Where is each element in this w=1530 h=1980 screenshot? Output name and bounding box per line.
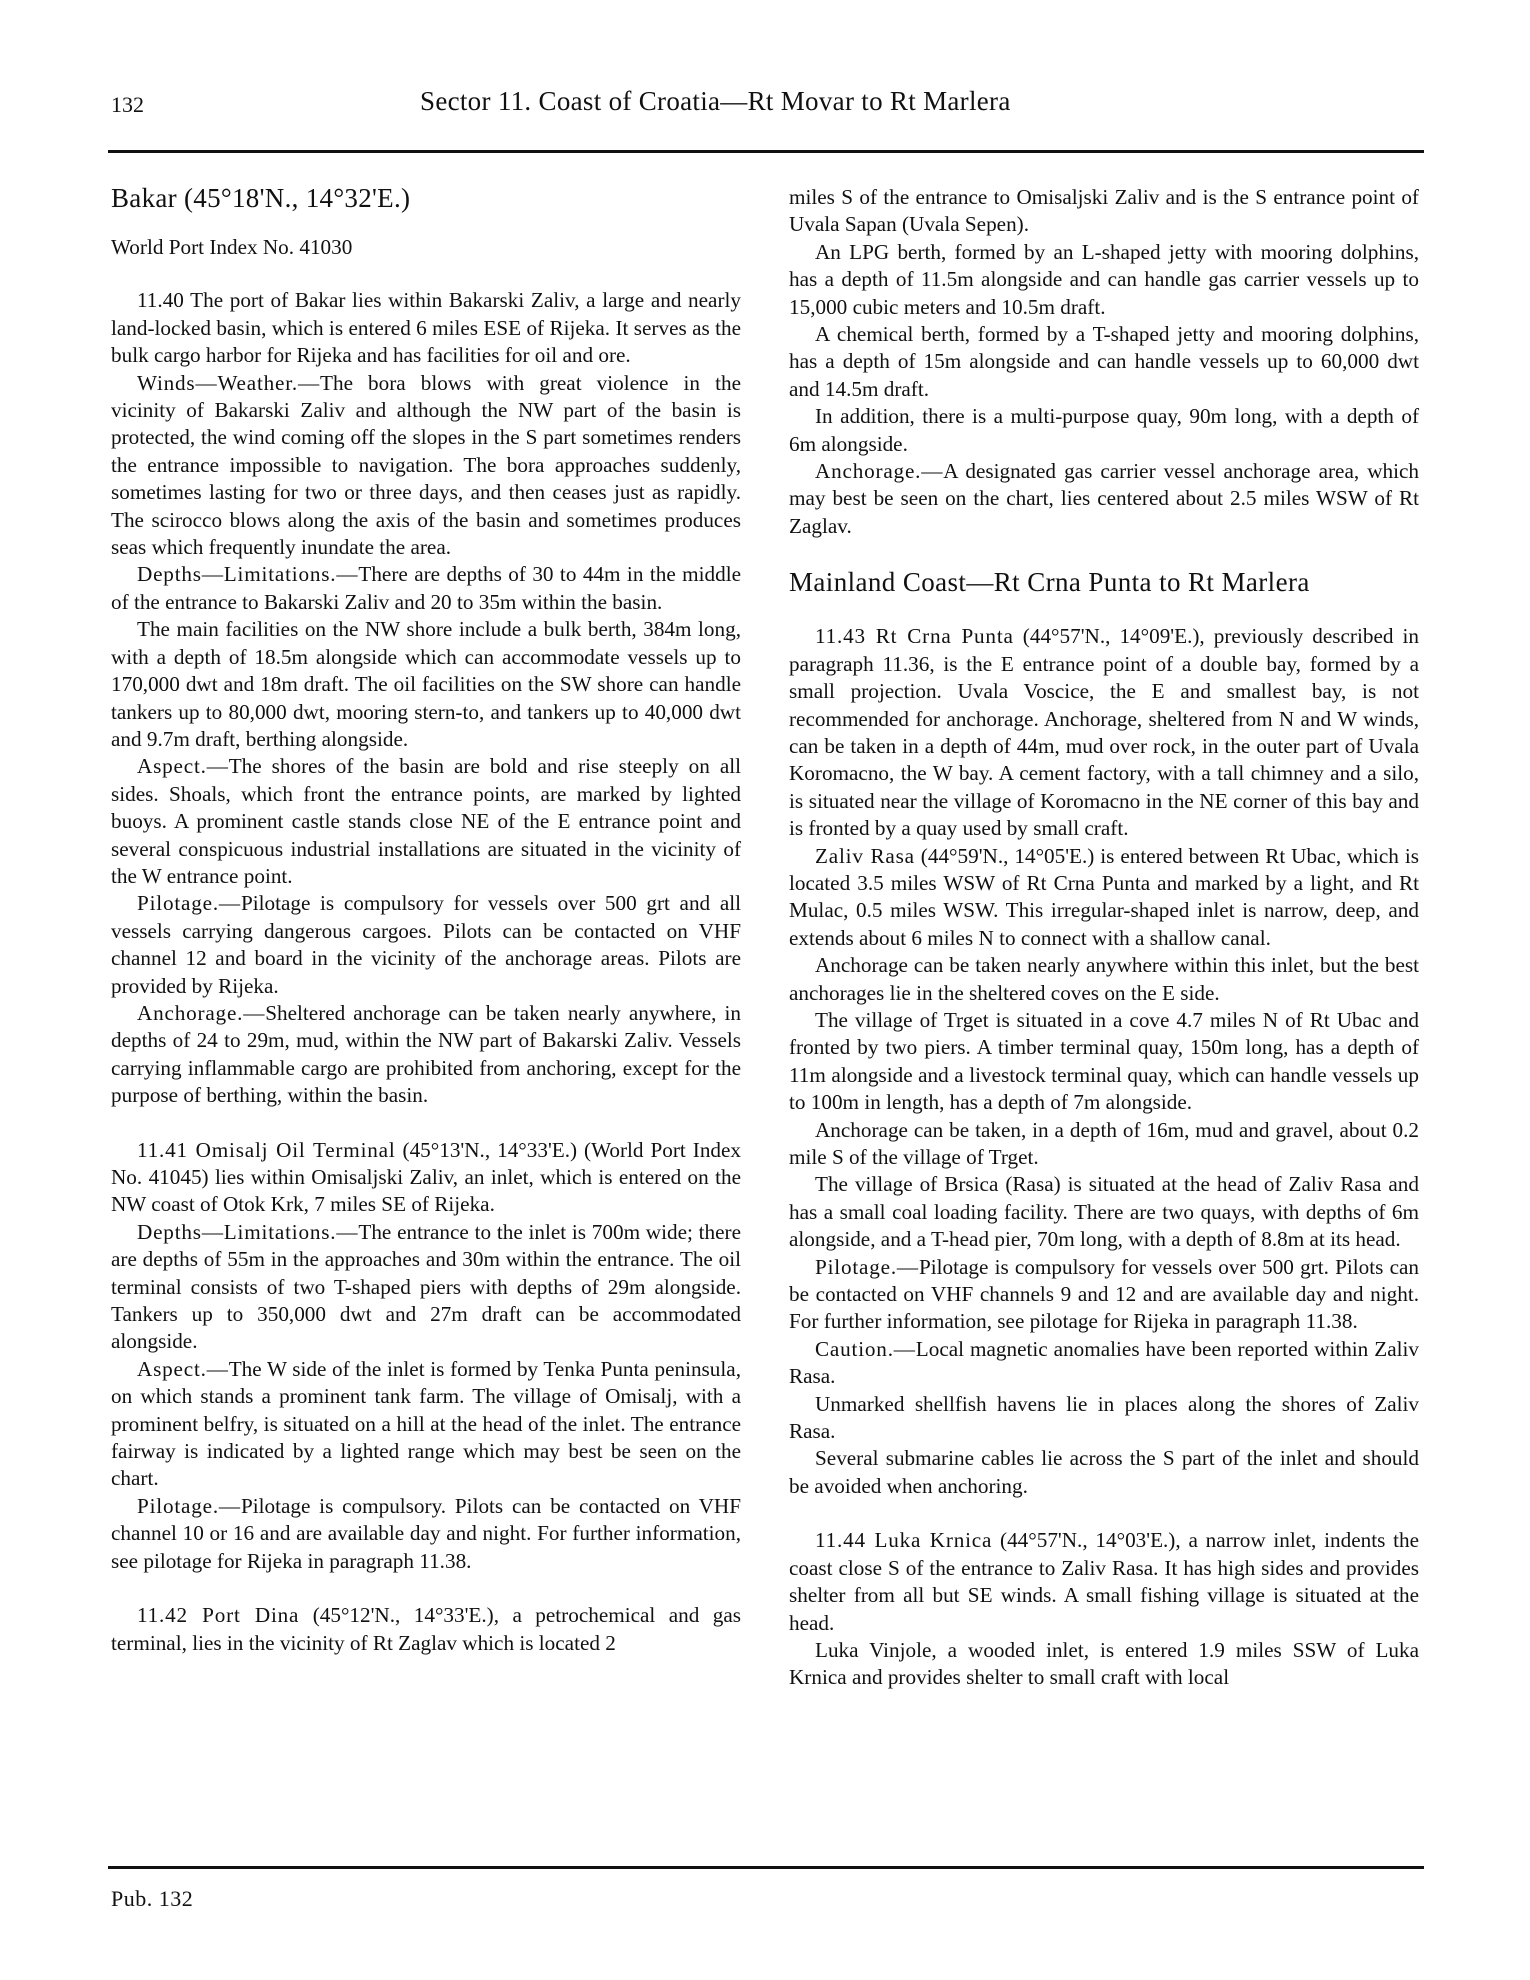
subheading: Pilotage.—	[137, 1494, 241, 1518]
paragraph-pilotage-omisalj: Pilotage.—Pilotage is compulsory. Pilots…	[111, 1493, 741, 1575]
paragraph-pilotage-rasa: Pilotage.—Pilotage is compulsory for ves…	[789, 1254, 1419, 1336]
subheading: Zaliv Rasa	[815, 844, 915, 868]
paragraph-11-41: 11.41 Omisalj Oil Terminal (45°13'N., 14…	[111, 1137, 741, 1219]
paragraph-aspect-omisalj: Aspect.—The W side of the inlet is forme…	[111, 1356, 741, 1493]
paragraph-caution: Caution.—Local magnetic anomalies have b…	[789, 1336, 1419, 1391]
paragraph-number: 11.44 Luka Krnica	[815, 1528, 992, 1552]
publication-footer: Pub. 132	[111, 1886, 193, 1912]
paragraph-number: 11.42 Port Dina	[137, 1603, 299, 1627]
paragraph-multipurpose-quay: In addition, there is a multi-purpose qu…	[789, 403, 1419, 458]
paragraph-continuation: miles S of the entrance to Omisaljski Za…	[789, 184, 1419, 239]
paragraph-pilotage: Pilotage.—Pilotage is compulsory for ves…	[111, 890, 741, 1000]
paragraph-11-43: 11.43 Rt Crna Punta (44°57'N., 14°09'E.)…	[789, 623, 1419, 842]
paragraph-number: 11.43 Rt Crna Punta	[815, 624, 1014, 648]
paragraph-number: 11.40	[137, 288, 184, 312]
paragraph-submarine-cables: Several submarine cables lie across the …	[789, 1445, 1419, 1500]
paragraph-brsica: The village of Brsica (Rasa) is situated…	[789, 1171, 1419, 1253]
subheading: Pilotage.—	[815, 1255, 919, 1279]
paragraph-anchorage-dina: Anchorage.—A designated gas carrier vess…	[789, 458, 1419, 540]
left-column: Bakar (45°18'N., 14°32'E.) World Port In…	[111, 182, 741, 1657]
paragraph-aspect: Aspect.—The shores of the basin are bold…	[111, 753, 741, 890]
paragraph-trget: The village of Trget is situated in a co…	[789, 1007, 1419, 1117]
paragraph-11-44: 11.44 Luka Krnica (44°57'N., 14°03'E.), …	[789, 1527, 1419, 1637]
right-column: miles S of the entrance to Omisaljski Za…	[789, 184, 1419, 1692]
paragraph-11-42: 11.42 Port Dina (45°12'N., 14°33'E.), a …	[111, 1602, 741, 1657]
subheading: Winds—Weather.—	[137, 371, 320, 395]
paragraph-chemical-berth: A chemical berth, formed by a T-shaped j…	[789, 321, 1419, 403]
port-heading: Bakar (45°18'N., 14°32'E.)	[111, 182, 741, 214]
subheading: Caution.—	[815, 1337, 916, 1361]
paragraph-lpg-berth: An LPG berth, formed by an L-shaped jett…	[789, 239, 1419, 321]
footer-rule	[108, 1866, 1424, 1869]
subheading: Aspect.—	[137, 754, 229, 778]
subheading: Anchorage.—	[137, 1001, 265, 1025]
paragraph-facilities: The main facilities on the NW shore incl…	[111, 616, 741, 753]
section-heading: Mainland Coast—Rt Crna Punta to Rt Marle…	[789, 566, 1419, 598]
subheading: Depths—Limitations.—	[137, 562, 358, 586]
paragraph-winds-weather: Winds—Weather.—The bora blows with great…	[111, 370, 741, 562]
subheading: Pilotage.—	[137, 891, 241, 915]
paragraph-11-40: 11.40 The port of Bakar lies within Baka…	[111, 287, 741, 369]
header-rule	[108, 150, 1424, 153]
subheading: Anchorage.—	[815, 459, 943, 483]
running-head: Sector 11. Coast of Croatia—Rt Movar to …	[420, 86, 1011, 117]
paragraph-anchorage: Anchorage.—Sheltered anchorage can be ta…	[111, 1000, 741, 1110]
world-port-index: World Port Index No. 41030	[111, 234, 741, 261]
paragraph-zaliv-rasa: Zaliv Rasa (44°59'N., 14°05'E.) is enter…	[789, 843, 1419, 953]
paragraph-luka-vinjole: Luka Vinjole, a wooded inlet, is entered…	[789, 1637, 1419, 1692]
subheading: Aspect.—	[137, 1357, 229, 1381]
paragraph-number: 11.41 Omisalj Oil Terminal	[137, 1138, 396, 1162]
paragraph-anchorage-inlet: Anchorage can be taken nearly anywhere w…	[789, 952, 1419, 1007]
paragraph-anchorage-trget: Anchorage can be taken, in a depth of 16…	[789, 1117, 1419, 1172]
paragraph-depths-limitations-omisalj: Depths—Limitations.—The entrance to the …	[111, 1219, 741, 1356]
subheading: Depths—Limitations.—	[137, 1220, 358, 1244]
paragraph-shellfish: Unmarked shellfish havens lie in places …	[789, 1391, 1419, 1446]
paragraph-depths-limitations: Depths—Limitations.—There are depths of …	[111, 561, 741, 616]
page-number: 132	[111, 92, 144, 118]
